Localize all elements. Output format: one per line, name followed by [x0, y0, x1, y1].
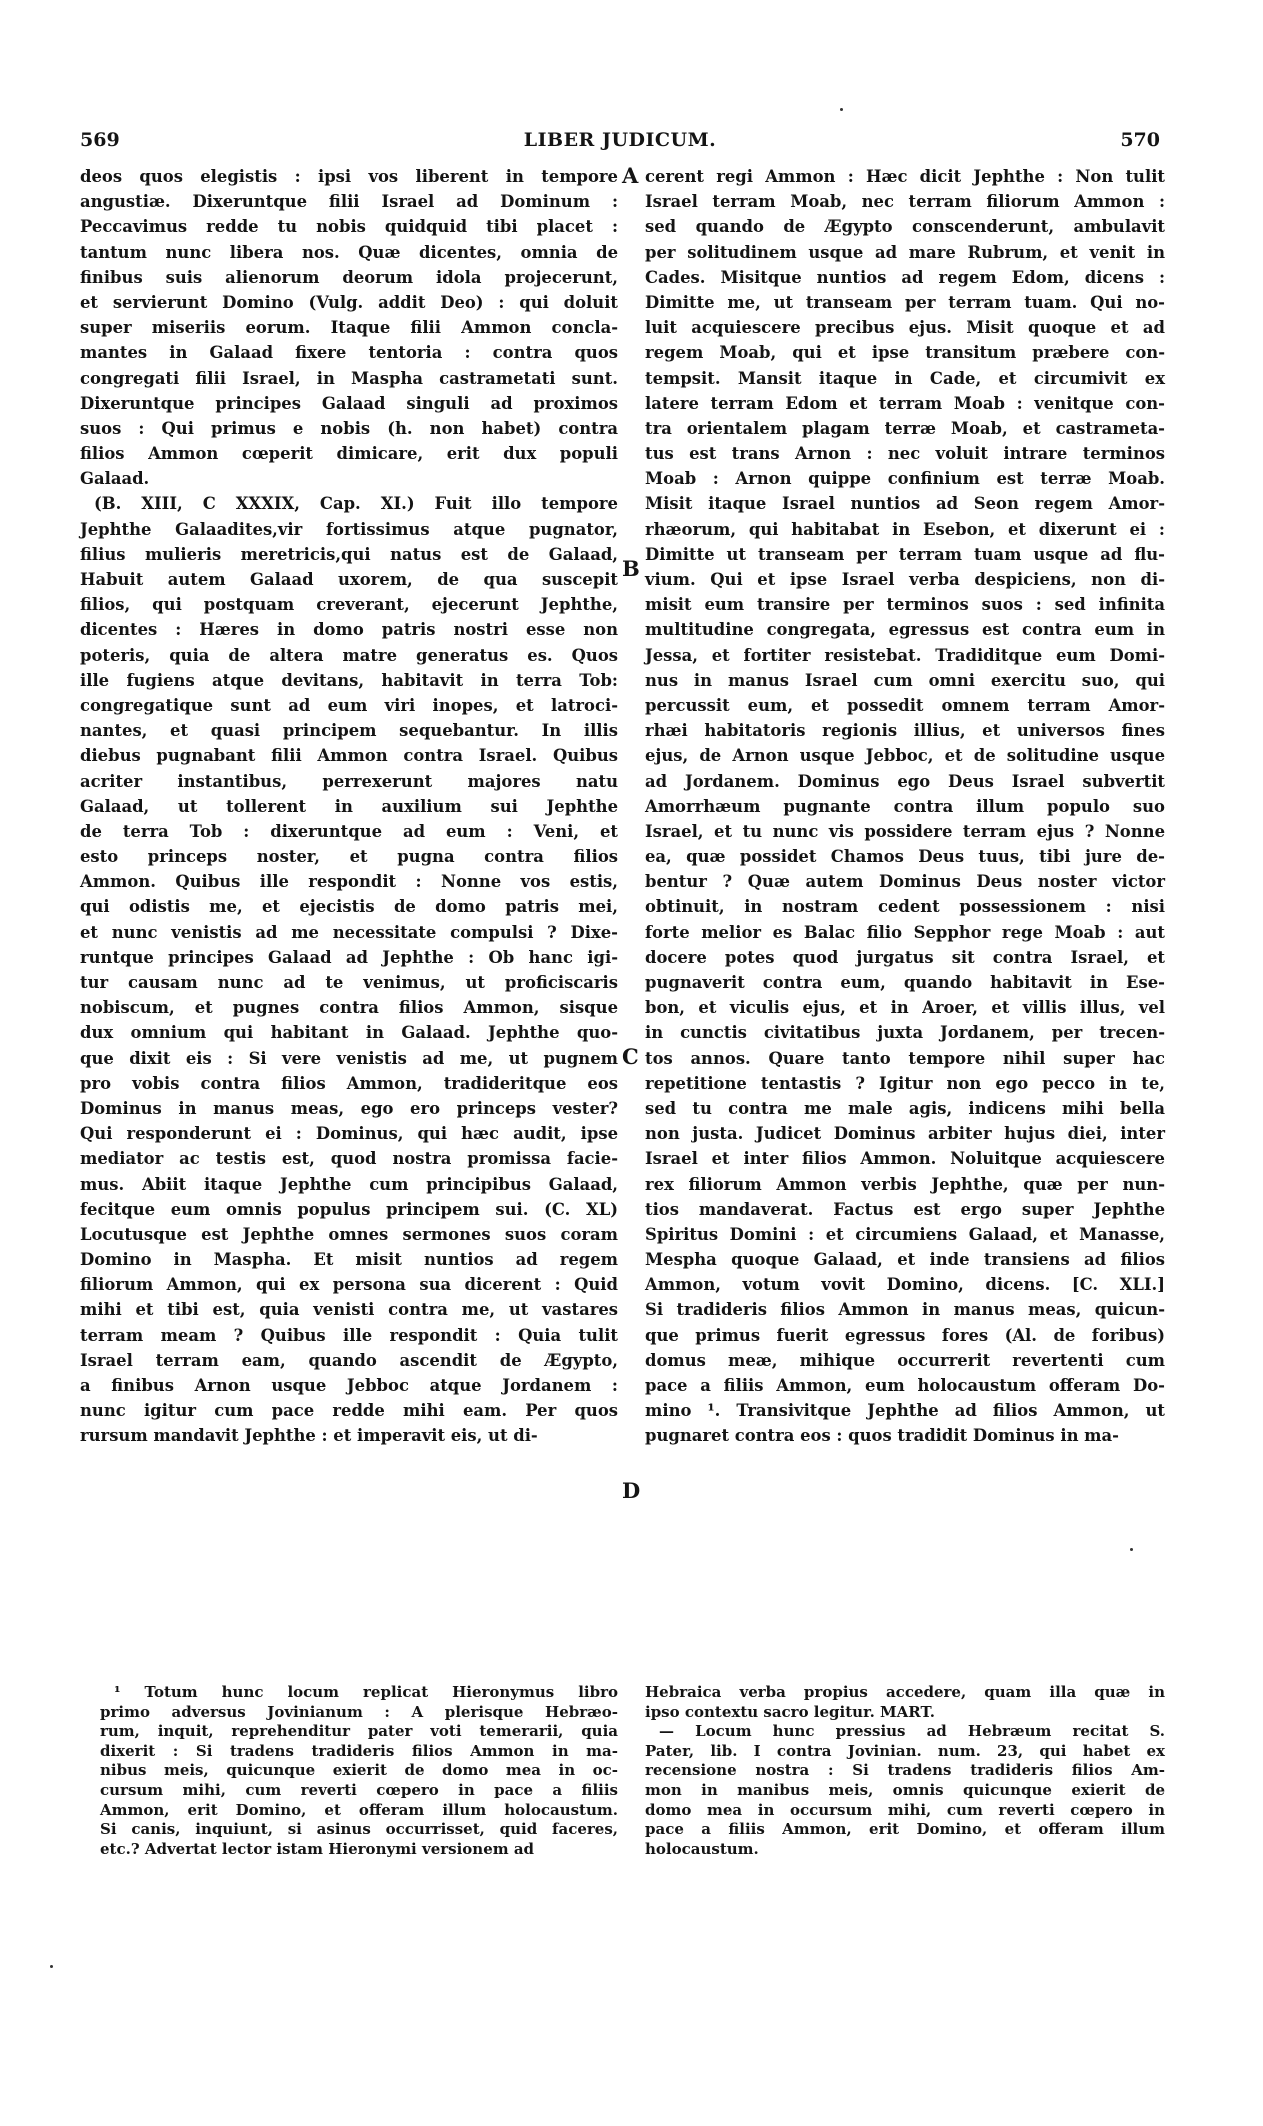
text-line: Israel et inter filios Ammon. Noluitque …: [645, 1146, 1165, 1171]
text-line: vium. Qui et ipse Israel verba despicien…: [645, 567, 1165, 592]
text-line: sed tu contra me male agis, indicens mih…: [645, 1096, 1165, 1121]
scan-speck: [1130, 1548, 1133, 1551]
text-line: Moab : Arnon quippe confinium est terræ …: [645, 466, 1165, 491]
text-line: bentur ? Quæ autem Dominus Deus noster v…: [645, 869, 1165, 894]
footnote-line: Hebraica verba propius accedere, quam il…: [645, 1683, 1165, 1703]
text-line: finibus suis alienorum deorum idola proj…: [80, 265, 618, 290]
footnote-line: ¹ Totum hunc locum replicat Hieronymus l…: [100, 1683, 618, 1703]
text-line: nobiscum, et pugnes contra filios Ammon,…: [80, 995, 618, 1020]
text-line: mus. Abiit itaque Jephthe cum principibu…: [80, 1172, 618, 1197]
text-line: regem Moab, qui et ipse transitum præber…: [645, 340, 1165, 365]
text-line: filius mulieris meretricis,qui natus est…: [80, 542, 618, 567]
text-line: Israel terram Moab, nec terram filiorum …: [645, 189, 1165, 214]
text-line: mihi et tibi est, quia venisti contra me…: [80, 1297, 618, 1322]
footnote-line: dixerit : Si tradens tradideris filios A…: [100, 1742, 618, 1762]
text-line: mediator ac testis est, quod nostra prom…: [80, 1146, 618, 1171]
text-line: Spiritus Domini : et circumiens Galaad, …: [645, 1222, 1165, 1247]
footnote-line: Ammon, erit Domino, et offeram illum hol…: [100, 1801, 618, 1821]
text-line: esto princeps noster, et pugna contra fi…: [80, 844, 618, 869]
text-line: ejus, de Arnon usque Jebboc, et de solit…: [645, 743, 1165, 768]
footnote-right: Hebraica verba propius accedere, quam il…: [645, 1683, 1165, 1859]
text-line: ea, quæ possidet Chamos Deus tuus, tibi …: [645, 844, 1165, 869]
text-line: Dimitte me, ut transeam per terram tuam.…: [645, 290, 1165, 315]
text-line: filios, qui postquam creverant, ejecerun…: [80, 592, 618, 617]
text-line: diebus pugnabant filii Ammon contra Isra…: [80, 743, 618, 768]
text-line: terram meam ? Quibus ille respondit : Qu…: [80, 1323, 618, 1348]
text-line: Ammon, votum vovit Domino, dicens. [C. X…: [645, 1272, 1165, 1297]
page-number-right: 570: [1120, 129, 1160, 151]
text-line: Jephthe Galaadites,vir fortissimus atque…: [80, 517, 618, 542]
text-line: nunc igitur cum pace redde mihi eam. Per…: [80, 1398, 618, 1423]
text-line: que primus fuerit egressus fores (Al. de…: [645, 1323, 1165, 1348]
text-line: per solitudinem usque ad mare Rubrum, et…: [645, 240, 1165, 265]
text-line: que dixit eis : Si vere venistis ad me, …: [80, 1046, 618, 1071]
text-line: Locutusque est Jephthe omnes sermones su…: [80, 1222, 618, 1247]
footnote-line: recensione nostra : Si tradens tradideri…: [645, 1761, 1165, 1781]
text-line: congregatique sunt ad eum viri inopes, e…: [80, 693, 618, 718]
text-line: ad Jordanem. Dominus ego Deus Israel sub…: [645, 769, 1165, 794]
footnote-left: ¹ Totum hunc locum replicat Hieronymus l…: [100, 1683, 618, 1859]
text-line: a finibus Arnon usque Jebboc atque Jorda…: [80, 1373, 618, 1398]
scan-speck: [50, 1965, 53, 1968]
text-line: repetitione tentastis ? Igitur non ego p…: [645, 1071, 1165, 1096]
margin-marker-c: C: [622, 1044, 639, 1069]
text-line: tra orientalem plagam terræ Moab, et cas…: [645, 416, 1165, 441]
text-line: rex filiorum Ammon verbis Jephthe, quæ p…: [645, 1172, 1165, 1197]
text-line: rursum mandavit Jephthe : et imperavit e…: [80, 1423, 618, 1448]
margin-marker-a: A: [622, 163, 638, 188]
page-header: 569 LIBER JUDICUM. 570: [80, 129, 1160, 159]
text-line: latere terram Edom et terram Moab : veni…: [645, 391, 1165, 416]
text-line: congregati filii Israel, in Maspha castr…: [80, 366, 618, 391]
text-line: tus est trans Arnon : nec voluit intrare…: [645, 441, 1165, 466]
text-line: suos : Qui primus e nobis (h. non habet)…: [80, 416, 618, 441]
text-line: rhæi habitatoris regionis illius, et uni…: [645, 718, 1165, 743]
left-column: deos quos elegistis : ipsi vos liberent …: [80, 164, 618, 1449]
right-column: cerent regi Ammon : Hæc dicit Jephthe : …: [645, 164, 1165, 1449]
footnote-line: pace a filiis Ammon, erit Domino, et off…: [645, 1820, 1165, 1840]
footnote-line: etc.? Advertat lector istam Hieronymi ve…: [100, 1840, 618, 1860]
text-line: pugnaverit contra eum, quando habitavit …: [645, 970, 1165, 995]
text-line: Si tradideris filios Ammon in manus meas…: [645, 1297, 1165, 1322]
text-line: Dixeruntque principes Galaad singuli ad …: [80, 391, 618, 416]
text-line: in cunctis civitatibus juxta Jordanem, p…: [645, 1020, 1165, 1045]
footnote-line: domo mea in occursum mihi, cum reverti c…: [645, 1801, 1165, 1821]
text-line: qui odistis me, et ejecistis de domo pat…: [80, 894, 618, 919]
text-line: cerent regi Ammon : Hæc dicit Jephthe : …: [645, 164, 1165, 189]
text-line: super miseriis eorum. Itaque filii Ammon…: [80, 315, 618, 340]
text-line: Mespha quoque Galaad, et inde transiens …: [645, 1247, 1165, 1272]
text-line: angustiæ. Dixeruntque filii Israel ad Do…: [80, 189, 618, 214]
text-line: pugnaret contra eos : quos tradidit Domi…: [645, 1423, 1165, 1448]
text-line: luit acquiescere precibus ejus. Misit qu…: [645, 315, 1165, 340]
text-line: de terra Tob : dixeruntque ad eum : Veni…: [80, 819, 618, 844]
text-line: Misit itaque Israel nuntios ad Seon rege…: [645, 491, 1165, 516]
text-line: mino ¹. Transivitque Jephthe ad filios A…: [645, 1398, 1165, 1423]
text-line: domus meæ, mihique occurrerit revertenti…: [645, 1348, 1165, 1373]
text-line: forte melior es Balac filio Sepphor rege…: [645, 920, 1165, 945]
text-line: Ammon. Quibus ille respondit : Nonne vos…: [80, 869, 618, 894]
text-line: et servierunt Domino (Vulg. addit Deo) :…: [80, 290, 618, 315]
text-line: non justa. Judicet Dominus arbiter hujus…: [645, 1121, 1165, 1146]
text-line: filios Ammon cœperit dimicare, erit dux …: [80, 441, 618, 466]
text-line: Peccavimus redde tu nobis quidquid tibi …: [80, 214, 618, 239]
text-line: percussit eum, et possedit omnem terram …: [645, 693, 1165, 718]
text-line: bon, et viculis ejus, et in Aroer, et vi…: [645, 995, 1165, 1020]
footnote-line: mon in manibus meis, omnis quicunque exi…: [645, 1781, 1165, 1801]
text-line: misit eum transire per terminos suos : s…: [645, 592, 1165, 617]
text-line: deos quos elegistis : ipsi vos liberent …: [80, 164, 618, 189]
text-line: sed quando de Ægypto conscenderunt, ambu…: [645, 214, 1165, 239]
footnote-line: rum, inquit, reprehenditur pater voti te…: [100, 1722, 618, 1742]
text-line: nantes, et quasi principem sequebantur. …: [80, 718, 618, 743]
text-line: tur causam nunc ad te venimus, ut profic…: [80, 970, 618, 995]
text-line: ille fugiens atque devitans, habitavit i…: [80, 668, 618, 693]
text-line: Habuit autem Galaad uxorem, de qua susce…: [80, 567, 618, 592]
text-line: Galaad.: [80, 466, 618, 491]
text-line: docere potes quod jurgatus sit contra Is…: [645, 945, 1165, 970]
text-line: acriter instantibus, perrexerunt majores…: [80, 769, 618, 794]
text-line: fecitque eum omnis populus principem sui…: [80, 1197, 618, 1222]
footnote-line: nibus meis, quicunque exierit de domo me…: [100, 1761, 618, 1781]
text-line: tempsit. Mansit itaque in Cade, et circu…: [645, 366, 1165, 391]
text-line: Galaad, ut tollerent in auxilium sui Jep…: [80, 794, 618, 819]
text-line: Amorrhæum pugnante contra illum populo s…: [645, 794, 1165, 819]
text-line: Cades. Misitque nuntios ad regem Edom, d…: [645, 265, 1165, 290]
text-line: tantum nunc libera nos. Quæ dicentes, om…: [80, 240, 618, 265]
footnote-line: Pater, lib. I contra Jovinian. num. 23, …: [645, 1742, 1165, 1762]
text-line: Dimitte ut transeam per terram tuam usqu…: [645, 542, 1165, 567]
margin-marker-d: D: [622, 1478, 640, 1503]
text-line: poteris, quia de altera matre generatus …: [80, 643, 618, 668]
text-line: pace a filiis Ammon, eum holocaustum off…: [645, 1373, 1165, 1398]
text-line: Israel terram eam, quando ascendit de Æg…: [80, 1348, 618, 1373]
text-line: dux omnium qui habitant in Galaad. Jepht…: [80, 1020, 618, 1045]
footnote-line: holocaustum.: [645, 1840, 1165, 1860]
text-line: runtque principes Galaad ad Jephthe : Ob…: [80, 945, 618, 970]
running-title: LIBER JUDICUM.: [80, 129, 1160, 151]
text-line: Qui responderunt ei : Dominus, qui hæc a…: [80, 1121, 618, 1146]
footnote-line: Si canis, inquiunt, si asinus occurrisse…: [100, 1820, 618, 1840]
text-line: obtinuit, in nostram cedent possessionem…: [645, 894, 1165, 919]
text-line: Domino in Maspha. Et misit nuntios ad re…: [80, 1247, 618, 1272]
text-line: Dominus in manus meas, ego ero princeps …: [80, 1096, 618, 1121]
footnote-line: ipso contextu sacro legitur. MART.: [645, 1703, 1165, 1723]
text-line: tios mandaverat. Factus est ergo super J…: [645, 1197, 1165, 1222]
text-line: (B. XIII, C XXXIX, Cap. XI.) Fuit illo t…: [80, 491, 618, 516]
footnote-line: cursum mihi, cum reverti cœpero in pace …: [100, 1781, 618, 1801]
text-line: filiorum Ammon, qui ex persona sua dicer…: [80, 1272, 618, 1297]
text-line: rhæorum, qui habitabat in Esebon, et dix…: [645, 517, 1165, 542]
text-line: multitudine congregata, egressus est con…: [645, 617, 1165, 642]
margin-marker-b: B: [622, 556, 640, 581]
footnote-line: — Locum hunc pressius ad Hebræum recitat…: [645, 1722, 1165, 1742]
text-line: Jessa, et fortiter resistebat. Tradiditq…: [645, 643, 1165, 668]
text-line: mantes in Galaad fixere tentoria : contr…: [80, 340, 618, 365]
text-line: Israel, et tu nunc vis possidere terram …: [645, 819, 1165, 844]
text-line: nus in manus Israel cum omni exercitu su…: [645, 668, 1165, 693]
text-line: tos annos. Quare tanto tempore nihil sup…: [645, 1046, 1165, 1071]
scanned-page: 569 LIBER JUDICUM. 570 A B C D deos quos…: [0, 0, 1263, 2126]
text-line: et nunc venistis ad me necessitate compu…: [80, 920, 618, 945]
text-line: pro vobis contra filios Ammon, tradideri…: [80, 1071, 618, 1096]
scan-speck: [840, 108, 843, 111]
footnote-line: primo adversus Jovinianum : A plerisque …: [100, 1703, 618, 1723]
text-line: dicentes : Hæres in domo patris nostri e…: [80, 617, 618, 642]
